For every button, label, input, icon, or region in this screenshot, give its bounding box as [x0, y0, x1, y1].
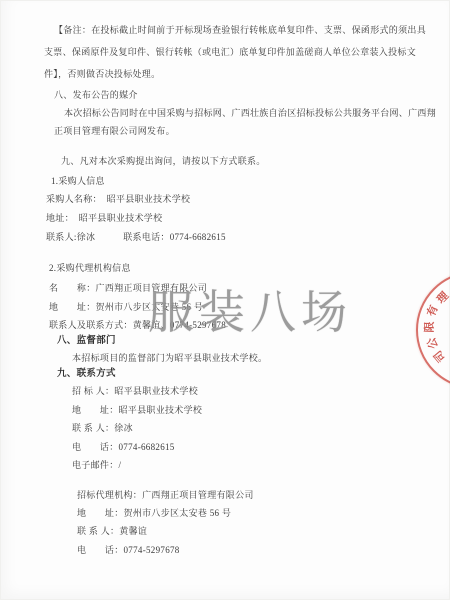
- supervision-body: 本招标项目的监督部门为昭平县职业技术学校。: [72, 352, 267, 364]
- purchaser-address: 地址： 昭平县职业技术学校: [46, 212, 162, 224]
- purchaser-contact: 联系人:徐冰 联系电话：0774-6682615: [46, 231, 226, 243]
- tenderer-phone: 电 话：0774-6682615: [72, 441, 175, 453]
- document-page: 【备注：在投标截止时间前于开标现场查验银行转帐底单复印件、支票、保函形式的须出具…: [0, 0, 450, 600]
- seal-char: 有: [425, 303, 441, 319]
- section-heading-inquiry: 九、凡对本次采购提出询问，请按以下方式联系。: [61, 155, 266, 167]
- tenderer-email: 电子邮件：/: [72, 459, 121, 471]
- doc-line: 本次招标公告同时在中国采购与招标网、广西壮族自治区招标投标公共服务平台网、广西翔: [64, 107, 436, 119]
- agency-name-2: 招标代理机构：广西翔正项目管理有限公司: [77, 489, 254, 501]
- watermark-text: 服装八场: [148, 276, 352, 342]
- seal-char: 限: [424, 321, 436, 333]
- seal-ring: [416, 271, 450, 389]
- doc-line: 【备注：在投标截止时间前于开标现场查验银行转帐底单复印件、支票、保函形式的须出具: [54, 24, 426, 36]
- agency-phone: 电 话：0774-5297678: [77, 544, 180, 556]
- seal-char: 公: [425, 335, 440, 350]
- doc-line: 件】，否则做否决投标处理。: [44, 68, 160, 80]
- doc-line: 正项目管理有限公司网发布。: [54, 125, 175, 137]
- subsection-agency-info: 2.采购代理机构信息: [49, 262, 131, 274]
- doc-line: 支票、保函原件及复印件、银行转帐（或电汇）底单复印件加盖磋商人单位公章装入投标文: [44, 46, 416, 58]
- tenderer-name: 招 标 人：昭平县职业技术学校: [72, 385, 198, 397]
- section-heading-contact: 九、联系方式: [57, 368, 116, 380]
- section-heading-supervision: 八、监督部门: [57, 335, 116, 347]
- tenderer-contact-person: 联 系 人：徐冰: [72, 422, 133, 434]
- agency-address-2: 地 址：贺州市八步区太安巷 56 号: [77, 507, 231, 519]
- seal-char: 理: [435, 290, 450, 307]
- seal-char: 司: [432, 348, 449, 365]
- section-heading-media: 八、发布公告的媒介: [54, 89, 138, 101]
- subsection-purchaser-info: 1.采购人信息: [51, 175, 105, 187]
- tenderer-address: 地 址：昭平县职业技术学校: [72, 404, 202, 416]
- agency-contact-person: 联 系 人：黄馨谊: [77, 525, 147, 537]
- purchaser-name: 采购人名称： 昭平县职业技术学校: [46, 193, 190, 205]
